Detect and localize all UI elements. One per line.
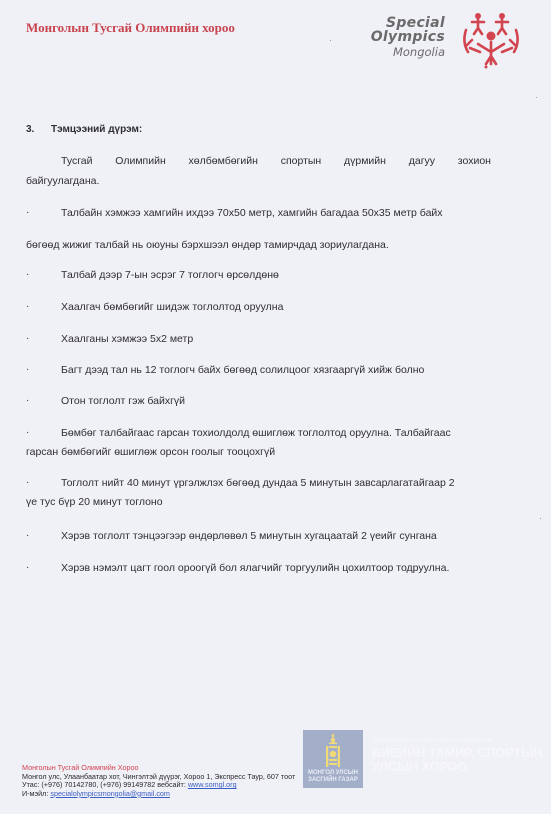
rule-item: · Хэрэв нэмэлт цагт гоол ороогүй бол яла… <box>26 562 449 574</box>
intro-word: дүрмийн <box>344 155 386 167</box>
section-heading: 3.Тэмцээний дүрэм: <box>26 124 142 135</box>
intro-word: спортын <box>281 155 322 167</box>
rule-text: Талбай дээр 7-ын эсрэг 7 тоглогч өрсөлдө… <box>61 269 279 281</box>
rule-text-continued: бөгөөд жижиг талбай нь оюуны бэрхшээл өн… <box>26 239 389 251</box>
bullet-icon: · <box>26 530 29 541</box>
footer-contact: Монголын Тусгай Олимпийн Хороо Монгол ул… <box>22 764 295 798</box>
stamp-caption: МОНГОЛ УЛСЫН ЗАСГИЙН ГАЗАР <box>303 770 363 784</box>
stamp-line1: МОНГОЛ УЛСЫН <box>303 770 363 777</box>
rule-text-continued: гарсан бөмбөгийг өшиглөж орсон гоолыг то… <box>26 446 275 458</box>
website-link[interactable]: www.somgl.org <box>188 780 237 789</box>
logo-line-mongolia: Mongolia <box>371 45 445 59</box>
rule-item: · Хэрэв тоглолт тэнцээгээр өндөрлөвөл 5 … <box>26 530 437 542</box>
intro-word: Олимпийн <box>115 155 165 167</box>
email-link[interactable]: specialolympicsmongolia@gmail.com <box>50 789 170 798</box>
rule-item: · Хаалганы хэмжээ 5x2 метр <box>26 333 193 345</box>
rule-item: · Отон тоглолт гэж байхгүй <box>26 395 185 407</box>
rule-item: · Багт дээд тал нь 12 тоглогч байх бөгөө… <box>26 364 424 376</box>
intro-word: дагуу <box>409 155 435 167</box>
government-stamp: МОНГОЛ УЛСЫН ЗАСГИЙН ГАЗАР <box>303 730 363 788</box>
special-olympics-figures-icon <box>458 10 524 70</box>
rule-item: · Талбай дээр 7-ын эсрэг 7 тоглогч өрсөл… <box>26 269 279 281</box>
footer-email: И-мэйл: specialolympicsmongolia@gmail.co… <box>22 790 295 799</box>
section-number: 3. <box>26 124 51 135</box>
intro-word: хөлбөмбөгийн <box>189 155 258 167</box>
logo-line-olympics: Olympics <box>371 30 445 44</box>
rule-text: Отон тоглолт гэж байхгүй <box>61 395 185 407</box>
soyombo-emblem-icon <box>325 733 341 769</box>
rule-item: · Тоглолт нийт 40 минут үргэлжлэх бөгөөд… <box>26 477 455 489</box>
intro-word: Тусгай <box>61 155 93 167</box>
rule-item: · Хаалгач бөмбөгийг шидэж тоглолтод оруу… <box>26 301 283 313</box>
scan-speck <box>536 97 537 98</box>
bullet-icon: · <box>26 562 29 573</box>
stamp-line2: ЗАСГИЙН ГАЗАР <box>303 777 363 784</box>
rule-text: Хэрэв нэмэлт цагт гоол ороогүй бол ялагч… <box>61 562 449 574</box>
watermark-text: ЗАСГИЙН ГАЗРЫН ХЭРЭГЖҮҮЛЭГЧ АГЕНТЛАГ БИЕ… <box>372 738 542 774</box>
rule-item: · Талбайн хэмжээ хамгийн ихдээ 70x50 мет… <box>26 207 443 219</box>
logo-line-special: Special <box>371 16 445 30</box>
rule-text: Багт дээд тал нь 12 тоглогч байх бөгөөд … <box>61 364 424 376</box>
footer-email-label: И-мэйл: <box>22 789 50 798</box>
rule-text: Хаалгач бөмбөгийг шидэж тоглолтод оруулн… <box>61 301 283 313</box>
bullet-icon: · <box>26 333 29 344</box>
rule-text: Тоглолт нийт 40 минут үргэлжлэх бөгөөд д… <box>61 477 455 489</box>
special-olympics-wordmark: Special Olympics Mongolia <box>371 16 445 59</box>
rule-text: Хаалганы хэмжээ 5x2 метр <box>61 333 193 345</box>
intro-word: зохион <box>458 155 491 167</box>
bullet-icon: · <box>26 395 29 406</box>
bullet-icon: · <box>26 364 29 375</box>
bullet-icon: · <box>26 427 29 438</box>
rule-text-continued: үе тус бүр 20 минут тоглоно <box>26 496 163 508</box>
rule-text: Талбайн хэмжээ хамгийн ихдээ 70x50 метр,… <box>61 207 443 219</box>
bullet-icon: · <box>26 477 29 488</box>
watermark-line2: УЛСЫН ХОРОО <box>372 760 542 774</box>
section-title: Тэмцээний дүрэм: <box>51 124 142 135</box>
rule-item: · Бөмбөг талбайгаас гарсан тохиолдолд өш… <box>26 427 451 439</box>
intro-paragraph-line2: байгуулагдана. <box>26 175 99 187</box>
header-org-title: Монголын Тусгай Олимпийн хороо <box>26 20 235 36</box>
scan-speck <box>540 518 541 519</box>
intro-paragraph-line1: Тусгай Олимпийн хөлбөмбөгийн спортын дүр… <box>61 155 491 167</box>
bullet-icon: · <box>26 269 29 280</box>
scan-speck <box>330 40 331 41</box>
watermark-line1: БИЕИЙН ТАМИР, СПОРТЫН <box>372 746 542 760</box>
bullet-icon: · <box>26 301 29 312</box>
bullet-icon: · <box>26 207 29 218</box>
watermark-small: ЗАСГИЙН ГАЗРЫН ХЭРЭГЖҮҮЛЭГЧ АГЕНТЛАГ <box>372 738 542 744</box>
rule-text: Бөмбөг талбайгаас гарсан тохиолдолд өшиг… <box>61 427 451 439</box>
rule-text: Хэрэв тоглолт тэнцээгээр өндөрлөвөл 5 ми… <box>61 530 437 542</box>
